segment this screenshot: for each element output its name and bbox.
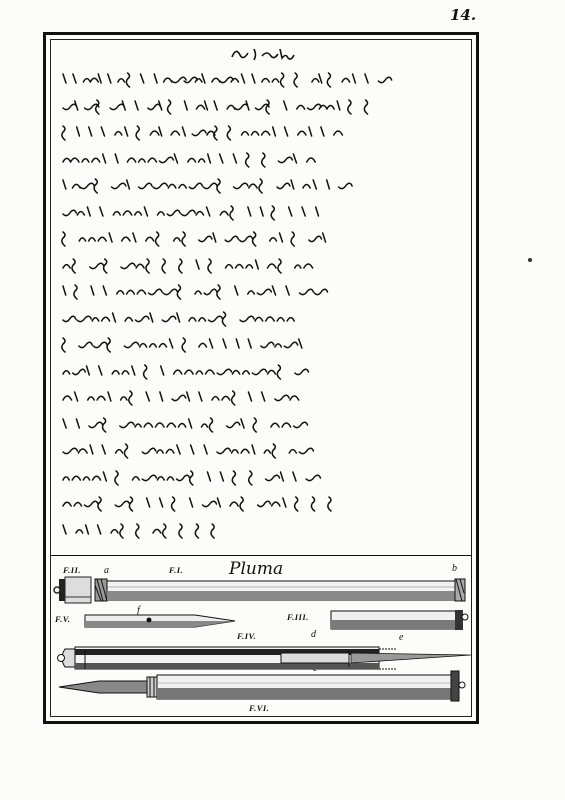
shorthand-line: ʅ ∽ ∾ ∽ ı ∽ ∾ ʅ ʒ ʅ ∽ ∾ ʒ ʅ ∽ ∾ ʓ ∽ ʒ ∽ — [61, 278, 461, 305]
shorthand-line: ∽ ∽ ʓ ʒ ʒ ∽ ∾ ı ʒ ʓ ∽ ∽ ∽ ∾ — [61, 517, 461, 544]
pen-barrel-fig1-drawing — [95, 579, 465, 601]
shorthand-line: ʃ ∾ ∽ ∽ ʅ ∽ ı ∾ ∽ ∽ ʅ ∽ ∾ ∽ ʃ ∽ ∾ ∽ ʅ ∽ … — [61, 225, 461, 252]
shorthand-stroke-glyphs: ʓ ∾ ʅ ∽ ∽ ∾ ʅ ∽ ʒ ʓ ∽ ʅ ∽ ∾ ı ∽ ∾ ʅ ʒ — [61, 333, 459, 355]
shorthand-stroke-glyphs: ʒ∽∾ı/ʒʒ ʒ′ ʓ∩ı∽ʒ·ʅı∽ ∾∽ʃ ʅ ı∽ ∾ı∽∾ ı ʒ ʓ — [61, 68, 459, 90]
plate-divider-rule — [51, 555, 471, 556]
shorthand-line: ∽ ʒ ı ∾ ʒ ı ∽ ʒ ı ∾ ʒ ʅ ʓ ʓ ∽ ∽ ∽ ı ʒ ∽ — [61, 437, 461, 464]
shorthand-stroke-glyphs: ʒ ʓ ∽ ʓ ∽ ∽ ∾ ∽ ∾ ∽ ʒ ∽ ʓ ʒ ∽ ∾ ∽ ∽ ∽ — [61, 307, 459, 329]
engraved-plate-frame: ʒ∽∾ı/ʒʒ ʒ′ ʓ∩ı∽ʒ·ʅı∽ ∾∽ʃ ʅ ı∽ ∾ı∽∾ ı ʒ ʓ… — [43, 32, 479, 724]
shorthand-line: ʒ ʓ ∽ ʓ ∽ ∽ ∾ ∽ ∾ ∽ ʒ ∽ ʓ ʒ ∽ ∾ ∽ ∽ ∽ — [61, 305, 461, 332]
shorthand-line: ∾ ʓ ∽ ʒ ʓ ʅ ∽ ʒ ∽ ʅ ∽ ʃ ı ʅ ∽ ∾ ∽ ʒ ∽ ∾ … — [61, 199, 461, 226]
shorthand-stroke-glyphs: ∽ ʒ ı ∾ ʒ ı ∽ ʒ ı ∾ ʒ ʅ ʓ ʓ ∽ ∽ ∽ ı ʒ ∽ — [61, 439, 459, 461]
inner-frame-rule: ʒ∽∾ı/ʒʒ ʒ′ ʓ∩ı∽ʒ·ʅı∽ ∾∽ʃ ʅ ı∽ ∾ı∽∾ ı ʒ ʓ… — [50, 39, 472, 717]
shorthand-stroke-glyphs: ∾ ∽ ʒ ı ∾ ʒ ∽ ʒ ∽ ∾ ∽ ∽ ∾ ʒ ʓ ʅ ∽ ∾ ∽ ʒ — [61, 466, 459, 488]
shorthand-stroke-glyphs: ∽ ∽ ʓ ʒ ʒ ∽ ∾ ı ʒ ʓ ∽ ∽ ∽ ∾ — [61, 519, 231, 541]
pen-cross-section-fig4-drawing — [58, 647, 472, 669]
shorthand-stroke-glyphs: ʅ ∽ ∾ ʃ ∽ ∽ ʒ ∽ ∾ ı ∽ ∽ ı ʒ ∾ ∽ ∽ ∾ ʅ — [61, 254, 459, 276]
shorthand-line: ∾ ∽ ʒ ı ∾ ʒ ∽ ʒ ∽ ∾ ∽ ∽ ∾ ʒ ʓ ʅ ∽ ∾ ∽ ʒ — [61, 464, 461, 491]
shorthand-line: ʅ ʓ ʅ ʓ ∽ ∾ ∽ ∽ ∾ ∽ ʅ ʒ ʓ ∾ ∽ ∽ ı ∽ ∾ ∽ — [61, 490, 461, 517]
shorthand-stroke-glyphs: ∾ ʓ ∽ ʒ ʓ ʅ ∽ ʒ ∽ ʅ ∽ ʃ ı ʅ ∽ ∾ ∽ ʒ ∽ ∾ … — [61, 201, 459, 223]
shorthand-heading — [61, 42, 461, 66]
shorthand-heading-glyphs — [226, 45, 296, 63]
shorthand-line: ʅ ∽ ʅ ∽ ∾ ∽ ʒ ∽ ∾ ʒ ∽ ʅ ʓ ʒ ʓ ∽ ∾ ∽ ı — [61, 411, 461, 438]
shorthand-line: ʒ ʓ ∽ ∾ ∽ ʅ ∽ ∽ ∾ ∽ ∽ ∾ ∽ ʅ ʃ ʓ ∽ ∾ ∽ ʒ — [61, 358, 461, 385]
pen-illustration-plate: Pluma F.II. a F.I. b F.V. f F.III. F.IV.… — [51, 557, 471, 716]
shorthand-line: ʃ∽ ʅ ∾ ∽ ʓ ʅ/ʃ ı ∽∽ ı)∽ı ∽ V ∽ ı ʅ ∽ ∾ ʅ — [61, 119, 461, 146]
shorthand-stroke-glyphs: ʃ ∾ ∽ ∽ ʅ ∽ ı ∾ ∽ ∽ ʅ ∽ ∾ ∽ ʃ ∽ ∾ ∽ ʅ ∽ … — [61, 227, 459, 249]
shorthand-line: ʓ ∾ ʅ ∽ ∽ ∾ ʅ ∽ ʒ ʓ ∽ ʅ ∽ ∾ ı ∽ ∾ ʅ ʒ — [61, 331, 461, 358]
nib-holder-fig5-drawing — [85, 615, 235, 627]
shorthand-line: ʅ ∽ ∾ ʃ ∽ ∽ ʒ ∽ ∾ ı ∽ ∽ ı ʒ ∾ ∽ ∽ ∾ ʅ — [61, 252, 461, 279]
shorthand-line: ∾∽ ∽ ∾ ʓ ʒ ∽ ʅ ʒ ∽ ∽ ʅ ∽ ∾ ʒ ∽ ı ʓ ∾ ʒ ∽ — [61, 146, 461, 173]
shorthand-stroke-glyphs: ∾∽∽ ∽ ı ∽ ∾ ʅ ʅ ʅ ∽ ∽ ʒ ʅ ∽ ʃ ∽ ∾ ʓ ʅ ∽ … — [61, 174, 459, 196]
complete-pen-fig6-drawing — [59, 671, 465, 701]
shorthand-line: ∾∽∽ ∽ ı ∽ ∾ ʅ ʅ ʅ ∽ ∽ ʒ ʅ ∽ ʃ ∽ ∾ ʓ ʅ ∽ … — [61, 172, 461, 199]
page-number: 14. — [450, 6, 476, 24]
shorthand-lines: ʒ∽∾ı/ʒʒ ʒ′ ʓ∩ı∽ʒ·ʅı∽ ∾∽ʃ ʅ ı∽ ∾ı∽∾ ı ʒ ʓ… — [61, 66, 461, 543]
pen-drawings — [51, 557, 471, 727]
pen-sleeve-fig3-drawing — [331, 610, 468, 630]
margin-speck — [528, 258, 532, 262]
pen-cap-fig2-drawing — [54, 577, 91, 603]
shorthand-stroke-glyphs: ʒ ʓ ∽ ∾ ∽ ʅ ∽ ∽ ∾ ∽ ∽ ∾ ∽ ʅ ʃ ʓ ∽ ∾ ∽ ʒ — [61, 360, 459, 382]
shorthand-stroke-glyphs: ∿ʓ/ı∽∽ ʅ ʓʒʒ ∽ ∟∽ı ∾∽ʓ/ʒ ∩ ʅ /∾∽ ∾ ʓ ∽ — [61, 95, 459, 117]
shorthand-stroke-glyphs: ∾∽ ∽ ∾ ʓ ʒ ∽ ʅ ʒ ∽ ∽ ʅ ∽ ∾ ʒ ∽ ı ʓ ∾ ʒ ∽ — [61, 148, 459, 170]
shorthand-stroke-glyphs: ʅ ʓ ʅ ʓ ∽ ∾ ∽ ∽ ∾ ∽ ʅ ʒ ʓ ∾ ∽ ∽ ı ∽ ∾ ∽ — [61, 492, 459, 514]
shorthand-stroke-glyphs: ʅ ∽ ʅ ∽ ∾ ∽ ʒ ∽ ∾ ʒ ∽ ʅ ʓ ʒ ʓ ∽ ∾ ∽ ı — [61, 413, 459, 435]
shorthand-line: ∿ʓ/ı∽∽ ʅ ʓʒʒ ∽ ∟∽ı ∾∽ʓ/ʒ ∩ ʅ /∾∽ ∾ ʓ ∽ — [61, 93, 461, 120]
shorthand-stroke-glyphs: ʅ ∽ ∾ ∽ ı ∽ ∾ ʅ ʒ ʅ ∽ ∾ ʒ ʅ ∽ ∾ ʓ ∽ ʒ ∽ — [61, 280, 459, 302]
shorthand-text-block: ʒ∽∾ı/ʒʒ ʒ′ ʓ∩ı∽ʒ·ʅı∽ ∾∽ʃ ʅ ı∽ ∾ı∽∾ ı ʒ ʓ… — [61, 42, 461, 554]
shorthand-stroke-glyphs: ∽ ∽ ∾ ∽ ∽ ∽ ʅ ∽ ∾ ʅ ʓ ∽ ∽ ʒ ʓ ∾ ∽ ∽ ∾ — [61, 386, 459, 408]
shorthand-stroke-glyphs: ʃ∽ ʅ ∾ ∽ ʓ ʅ/ʃ ı ∽∽ ı)∽ı ∽ V ∽ ı ʅ ∽ ∾ ʅ — [61, 121, 459, 143]
shorthand-line: ∽ ∽ ∾ ∽ ∽ ∽ ʅ ∽ ∾ ʅ ʓ ∽ ∽ ʒ ʓ ∾ ∽ ∽ ∾ — [61, 384, 461, 411]
shorthand-line: ʒ∽∾ı/ʒʒ ʒ′ ʓ∩ı∽ʒ·ʅı∽ ∾∽ʃ ʅ ı∽ ∾ı∽∾ ı ʒ ʓ — [61, 66, 461, 93]
